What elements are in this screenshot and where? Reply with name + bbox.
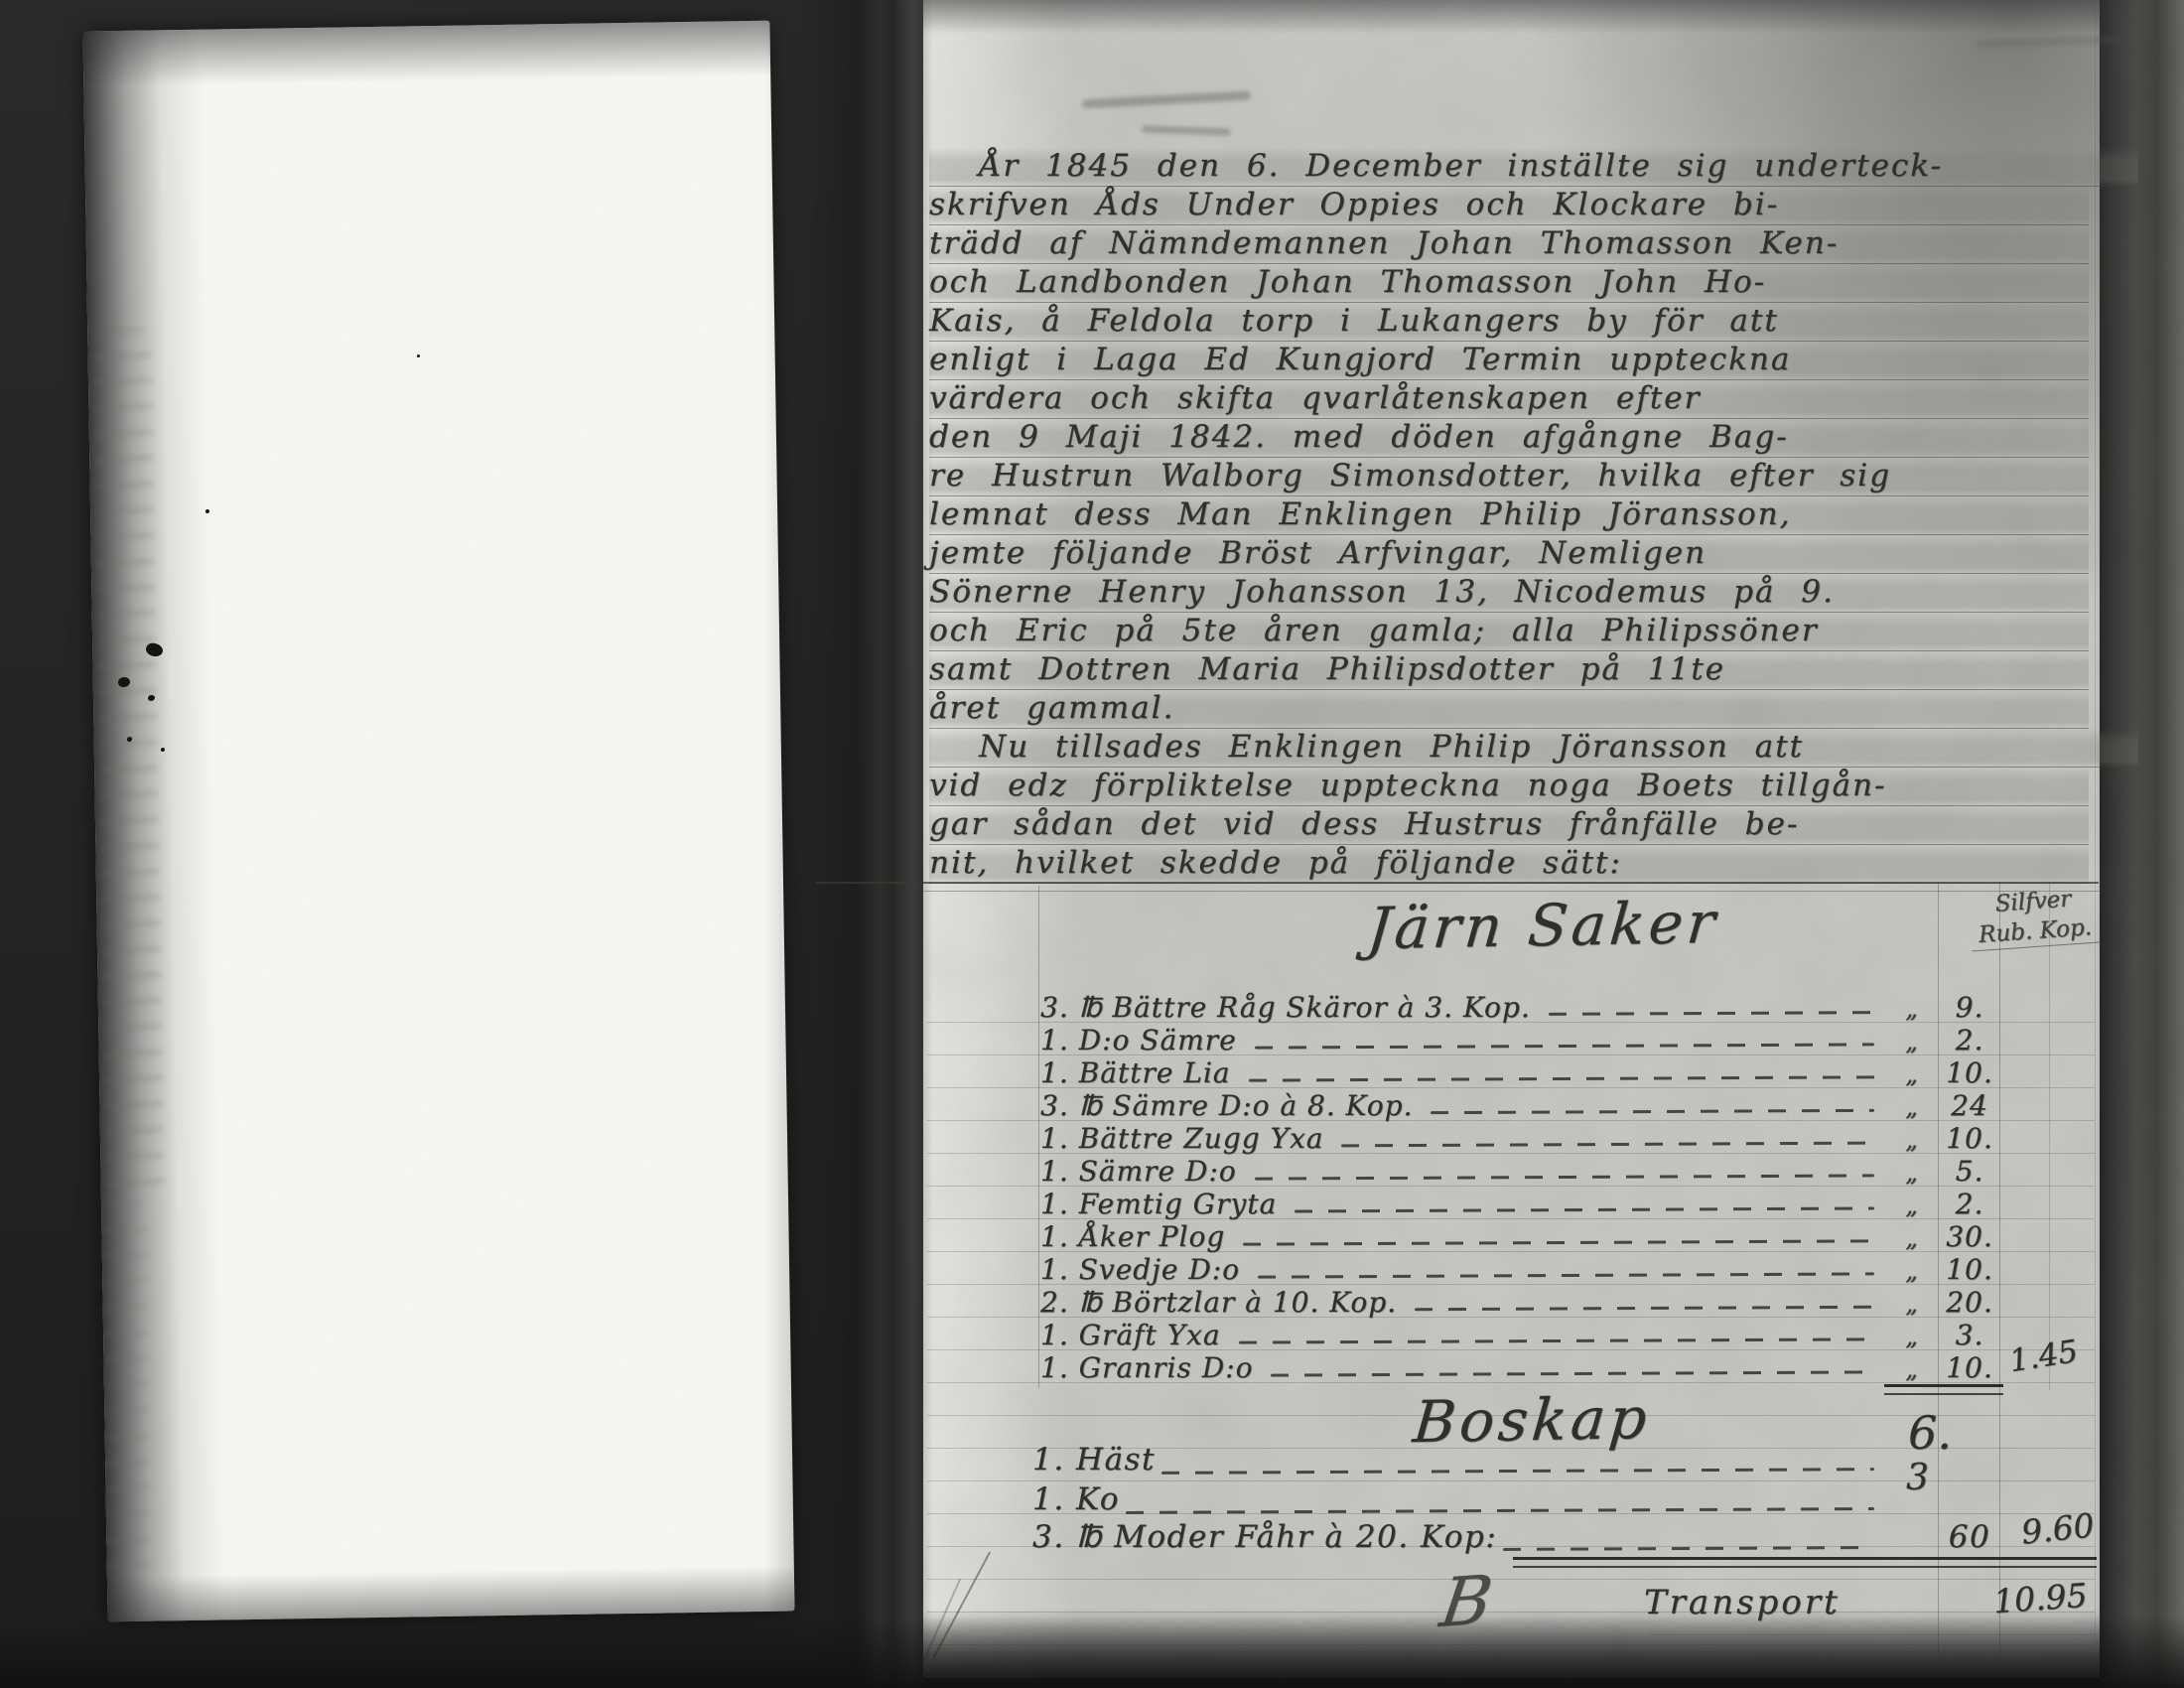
livestock-double-rule [1513,1557,2097,1568]
manuscript-line: Nu tillsades Enklingen Philip Jöransson … [929,728,2138,768]
iron-section-heading: Järn Saker [1365,889,1721,962]
inventory-row: 1. D:o Sämre „ 2. [1040,1024,2099,1056]
kop-cell: 10. [1940,1253,1999,1286]
kop-cell: 60 [1940,1519,1999,1555]
dash-line [1431,1109,1874,1114]
manuscript-line: lemnat dess Man Enklingen Philip Jöranss… [929,495,2089,535]
inventory-row: 1. Gräft Yxa „ 3. [1040,1319,2099,1351]
rub-cell: „ [1884,1323,1940,1350]
kop-cell: 5. [1940,1155,1999,1188]
inventory-row: 2. ℔ Börtzlar à 10. Kop. „ 20. [1040,1286,2099,1319]
dash-line [1503,1546,1874,1551]
manuscript-line: enligt i Laga Ed Kungjord Termin uppteck… [929,341,2089,380]
dash-line [1239,1337,1874,1343]
item-name: 1. Granris D:o [1040,1351,1265,1384]
bottom-scan-vignette [0,1617,2184,1688]
livestock-row: 1. Häst [1032,1442,2099,1481]
inventory-row: 1. Bättre Lia „ 10. [1040,1056,2099,1089]
kop-cell: 10. [1940,1056,1999,1089]
item-name: 3. ℔ Bättre Råg Skäror à 3. Kop. [1040,991,1543,1024]
livestock-subtotal: 9.60 [2019,1505,2096,1551]
item-name: 3. ℔ Moder Fåhr à 20. Kop: [1032,1519,1497,1555]
kop-cell: 10. [1940,1122,1999,1155]
inventory-row: 1. Sämre D:o „ 5. [1040,1155,2099,1188]
dash-line [1126,1507,1874,1514]
inventory-row: 1. Femtig Gryta „ 2. [1040,1188,2099,1220]
dash-line [1258,1272,1874,1278]
manuscript-line: nit, hvilket skedde på följande sätt: [929,844,2089,884]
item-name: 2. ℔ Börtzlar à 10. Kop. [1040,1286,1409,1319]
rub-cell: „ [1884,1126,1940,1154]
item-name: 1. Gräft Yxa [1040,1319,1233,1351]
rub-cell: „ [1884,1060,1940,1088]
dash-line [1415,1306,1874,1311]
item-name: 1. Åker Plog [1040,1220,1237,1253]
rub-cell: „ [1884,1192,1940,1219]
livestock-row: 1. Ko [1032,1481,2099,1521]
dash-line [1255,1043,1874,1049]
inventory-row: 3. ℔ Bättre Råg Skäror à 3. Kop. „ 9. [1040,991,2099,1024]
item-name: 1. Bättre Zugg Yxa [1040,1122,1335,1155]
manuscript-line: jemte följande Bröst Arfvingar, Nemligen [929,534,2089,574]
left-blank-page [82,21,794,1622]
rub-cell: „ [1884,1028,1940,1055]
item-name: 1. Svedje D:o [1040,1253,1252,1286]
manuscript-line: skrifven Åds Under Oppies och Klockare b… [929,186,2089,225]
rub-cell: „ [1884,1224,1940,1252]
item-name: 1. Femtig Gryta [1040,1188,1289,1220]
dash-line [1255,1174,1874,1180]
paragraph-margin-line [921,185,922,880]
dash-line [1549,1011,1874,1016]
rub-cell: „ [1884,995,1940,1023]
table-top-rule [816,882,2099,884]
book-gutter-shadow [764,0,933,1688]
item-name: 1. Ko [1032,1481,1120,1517]
item-name: 1. Sämre D:o [1040,1155,1249,1188]
page-edge-line [2095,0,2096,1678]
kop-cell: 2. [1940,1188,1999,1220]
dash-line [1243,1239,1874,1245]
item-name: 3. ℔ Sämre D:o à 8. Kop. [1040,1089,1425,1122]
rub-cell: „ [1884,1257,1940,1285]
left-page-top-shadow [82,21,770,87]
item-name: 1. Häst [1032,1442,1156,1477]
ink-bleed-through [99,1202,153,1581]
inventory-row: 1. Bättre Zugg Yxa „ 10. [1040,1122,2099,1155]
kop-cell: 2. [1940,1024,1999,1056]
dash-line [1341,1142,1874,1148]
dash-line [1248,1075,1874,1081]
dash-line [1295,1206,1874,1212]
rub-cell: „ [1884,1159,1940,1187]
transport-value: 10.95 [1992,1576,2089,1620]
manuscript-line: Sönerne Henry Johansson 13, Nicodemus på… [929,573,2089,613]
manuscript-line: vid edz förpliktelse uppteckna noga Boet… [929,767,2089,806]
inventory-row: 1. Granris D:o „ 10. [1040,1351,2099,1384]
manuscript-line: och Eric på 5te åren gamla; alla Philips… [929,612,2089,651]
item-name: 1. Bättre Lia [1040,1056,1243,1089]
manuscript-line: och Landbonden Johan Thomasson John Ho- [929,263,2089,303]
dash-line [1271,1370,1874,1376]
manuscript-line: År 1845 den 6. December inställte sig un… [929,147,2138,187]
kop-cell: 9. [1940,991,1999,1024]
manuscript-line: trädd af Nämndemannen Johan Thomasson Ke… [929,224,2089,264]
scanned-book-spread: År 1845 den 6. December inställte sig un… [0,0,2184,1688]
top-scan-shadow [923,0,2100,34]
item-name: 1. D:o Sämre [1040,1024,1249,1056]
manuscript-line: gar sådan det vid dess Hustrus frånfälle… [929,805,2089,845]
kop-cell: 30. [1940,1220,1999,1253]
left-page-bottom-shadow [107,1565,795,1621]
inventory-row: 1. Åker Plog „ 30. [1040,1220,2099,1253]
manuscript-line: den 9 Maji 1842. med döden afgångne Bag- [929,418,2089,458]
items-margin-line [1038,886,1039,1388]
kop-cell: 24 [1940,1089,1999,1122]
kop-cell: 10. [1940,1351,1999,1384]
rub-cell: „ [1884,1355,1940,1383]
page-block-edge [2097,0,2184,1688]
rub-cell: „ [1884,1093,1940,1121]
kop-cell: 20. [1940,1286,1999,1319]
manuscript-line: året gammal. [929,689,2089,729]
dash-line [1161,1468,1874,1475]
livestock-row: 3. ℔ Moder Fåhr à 20. Kop: 60 [1032,1519,2099,1559]
manuscript-line: re Hustrun Walborg Simonsdotter, hvilka … [929,457,2089,496]
kop-cell: 3. [1940,1319,1999,1351]
rub-cell: „ [1884,1290,1940,1318]
iron-total-double-rule [1884,1384,2003,1395]
manuscript-line: värdera och skifta qvarlåtenskapen efter [929,379,2089,419]
inventory-row: 1. Svedje D:o „ 10. [1040,1253,2099,1286]
manuscript-line: Kais, å Feldola torp i Lukangers by för … [929,302,2089,342]
inventory-row: 3. ℔ Sämre D:o à 8. Kop. „ 24 [1040,1089,2099,1122]
money-column-header: Silfver Rub. Kop. [1968,883,2101,952]
manuscript-line: samt Dottren Maria Philipsdotter på 11te [929,650,2089,690]
